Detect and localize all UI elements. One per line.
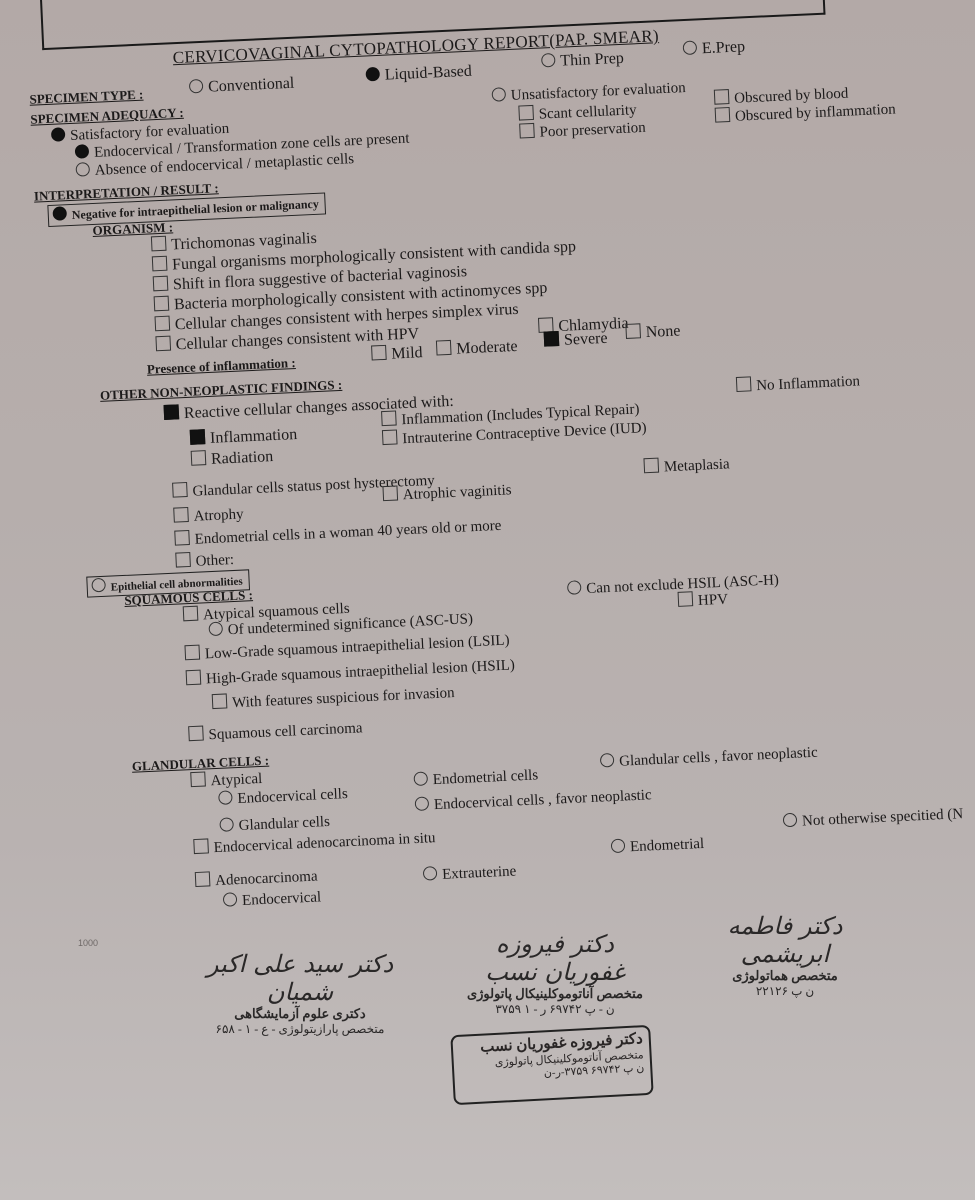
signature-detail: ن پ ۲۲۱۲۶ xyxy=(715,984,855,999)
signature-detail: ن - پ ۶۹۷۴۲ ر - ۱ ۳۷۵۹ xyxy=(455,1002,655,1017)
checkbox-icon[interactable] xyxy=(212,693,228,709)
checkbox-icon[interactable] xyxy=(172,482,188,498)
radio-icon[interactable] xyxy=(567,580,582,595)
radio-icon[interactable] xyxy=(223,892,238,907)
radio-icon[interactable] xyxy=(91,578,106,593)
check-scc[interactable]: Squamous cell carcinoma xyxy=(188,718,363,745)
checkbox-icon[interactable] xyxy=(715,107,731,123)
check-mild[interactable]: Mild xyxy=(371,343,423,364)
checkbox-icon[interactable] xyxy=(190,771,206,787)
check-severe[interactable]: Severe xyxy=(544,329,608,351)
checkbox-icon[interactable] xyxy=(153,276,169,292)
checkbox-checked-icon[interactable] xyxy=(190,429,206,445)
radio-icon[interactable] xyxy=(219,817,234,832)
check-radiation[interactable]: Radiation xyxy=(191,447,274,470)
check-none[interactable]: None xyxy=(625,321,680,342)
radio-icon[interactable] xyxy=(683,40,698,55)
signature-block-2: دکتر فیروزه غفوریان نسب متخصص آناتوموکلی… xyxy=(455,930,655,1017)
checkbox-icon[interactable] xyxy=(184,645,200,661)
signature-block-1: دکتر سید علی اکبر شمیان دکتری علوم آزمای… xyxy=(195,950,405,1037)
signature-handwritten: دکتر سید علی اکبر شمیان xyxy=(195,950,405,1006)
signature-detail: متخصص پارازیتولوژی - ع - ۱ - ۶۵۸ xyxy=(195,1022,405,1037)
checkbox-icon[interactable] xyxy=(175,552,191,568)
option-asc-h[interactable]: Can not exclude HSIL (ASC-H) xyxy=(567,571,779,599)
radio-icon[interactable] xyxy=(600,753,615,768)
checkbox-icon[interactable] xyxy=(173,507,189,523)
checkbox-icon[interactable] xyxy=(714,89,730,105)
check-invasion[interactable]: With features suspicious for invasion xyxy=(212,683,455,713)
option-glandular-favor-neoplastic[interactable]: Glandular cells , favor neoplastic xyxy=(600,744,818,772)
signature-handwritten: دکتر فیروزه غفوریان نسب xyxy=(455,930,655,986)
checkbox-icon[interactable] xyxy=(519,123,535,139)
checkbox-icon[interactable] xyxy=(151,236,167,252)
signature-handwritten: دکتر فاطمه ابریشمی xyxy=(715,912,855,968)
checkbox-icon[interactable] xyxy=(193,838,209,854)
checkbox-icon[interactable] xyxy=(155,316,171,332)
checkbox-icon[interactable] xyxy=(152,256,168,272)
check-adenocarcinoma[interactable]: Adenocarcinoma xyxy=(195,867,318,892)
radio-selected-icon[interactable] xyxy=(75,144,90,159)
checkbox-icon[interactable] xyxy=(191,450,207,466)
option-endometrial-cells[interactable]: Endometrial cells xyxy=(413,766,538,790)
checkbox-icon[interactable] xyxy=(155,336,171,352)
checkbox-icon[interactable] xyxy=(382,485,398,501)
option-adeno-extrauterine[interactable]: Extrauterine xyxy=(423,862,517,884)
margin-mark: 1000 xyxy=(78,938,98,948)
radio-icon[interactable] xyxy=(208,622,223,637)
checkbox-icon[interactable] xyxy=(195,871,211,887)
radio-icon[interactable] xyxy=(541,53,556,68)
option-adeno-endocervical[interactable]: Endocervical xyxy=(223,888,322,910)
check-reactive-inflammation[interactable]: Inflammation xyxy=(190,425,298,449)
signature-role: متخصص هماتولوژی xyxy=(715,968,855,984)
option-conventional[interactable]: Conventional xyxy=(189,75,295,98)
option-endocervical-favor-neoplastic[interactable]: Endocervical cells , favor neoplastic xyxy=(415,786,652,815)
check-metaplasia[interactable]: Metaplasia xyxy=(643,454,730,477)
radio-icon[interactable] xyxy=(413,771,428,786)
radio-icon[interactable] xyxy=(415,796,430,811)
checkbox-icon[interactable] xyxy=(678,591,694,607)
option-glandular-cells[interactable]: Glandular cells xyxy=(219,813,330,836)
radio-icon[interactable] xyxy=(783,813,798,828)
report-page: …الا CERVICOVAGINAL CYTOPATHOLOGY REPORT… xyxy=(0,0,975,1199)
radio-icon[interactable] xyxy=(75,162,90,177)
option-adeno-endometrial[interactable]: Endometrial xyxy=(611,835,705,857)
checkbox-icon[interactable] xyxy=(154,296,170,312)
checkbox-icon[interactable] xyxy=(381,410,397,426)
check-hpv[interactable]: HPV xyxy=(678,590,729,611)
option-e-prep[interactable]: E.Prep xyxy=(683,38,746,59)
checkbox-icon[interactable] xyxy=(382,429,398,445)
signature-role: دکتری علوم آزمایشگاهی xyxy=(195,1006,405,1022)
option-adeno-nos[interactable]: Not otherwise specitied (N xyxy=(783,805,964,831)
radio-icon[interactable] xyxy=(423,866,438,881)
checkbox-checked-icon[interactable] xyxy=(164,404,180,420)
checkbox-icon[interactable] xyxy=(174,530,190,546)
radio-icon[interactable] xyxy=(218,790,233,805)
check-atrophy[interactable]: Atrophy xyxy=(173,504,244,526)
check-atypical-glandular[interactable]: Atypical xyxy=(190,769,262,791)
signature-block-3: دکتر فاطمه ابریشمی متخصص هماتولوژی ن پ ۲… xyxy=(715,912,855,999)
checkbox-icon[interactable] xyxy=(188,726,204,742)
checkbox-icon[interactable] xyxy=(643,458,659,474)
radio-icon[interactable] xyxy=(491,87,506,102)
radio-selected-icon[interactable] xyxy=(365,67,380,82)
radio-icon[interactable] xyxy=(611,839,626,854)
check-other[interactable]: Other: xyxy=(175,550,234,572)
signature-role: متخصص آناتوموکلینیکال پاتولوژی xyxy=(455,986,655,1002)
check-no-inflammation[interactable]: No Inflammation xyxy=(736,371,860,396)
checkbox-icon[interactable] xyxy=(625,323,641,339)
checkbox-icon[interactable] xyxy=(371,345,387,361)
radio-selected-icon[interactable] xyxy=(52,206,67,221)
checkbox-icon[interactable] xyxy=(736,376,752,392)
check-moderate[interactable]: Moderate xyxy=(436,337,518,360)
checkbox-icon[interactable] xyxy=(436,340,452,356)
doctor-stamp: دکتر فیروزه غفوریان نسب متخصص آناتوموکلی… xyxy=(450,1025,653,1105)
checkbox-checked-icon[interactable] xyxy=(544,331,560,347)
checkbox-icon[interactable] xyxy=(518,105,534,121)
option-thin-prep[interactable]: Thin Prep xyxy=(541,50,624,72)
radio-selected-icon[interactable] xyxy=(51,127,66,142)
checkbox-icon[interactable] xyxy=(186,670,202,686)
radio-icon[interactable] xyxy=(189,79,204,94)
specimen-type-label: SPECIMEN TYPE : xyxy=(29,87,143,108)
checkbox-icon[interactable] xyxy=(183,606,199,622)
inflammation-label: Presence of inflammation : xyxy=(147,355,296,378)
option-liquid-based[interactable]: Liquid-Based xyxy=(365,63,472,86)
